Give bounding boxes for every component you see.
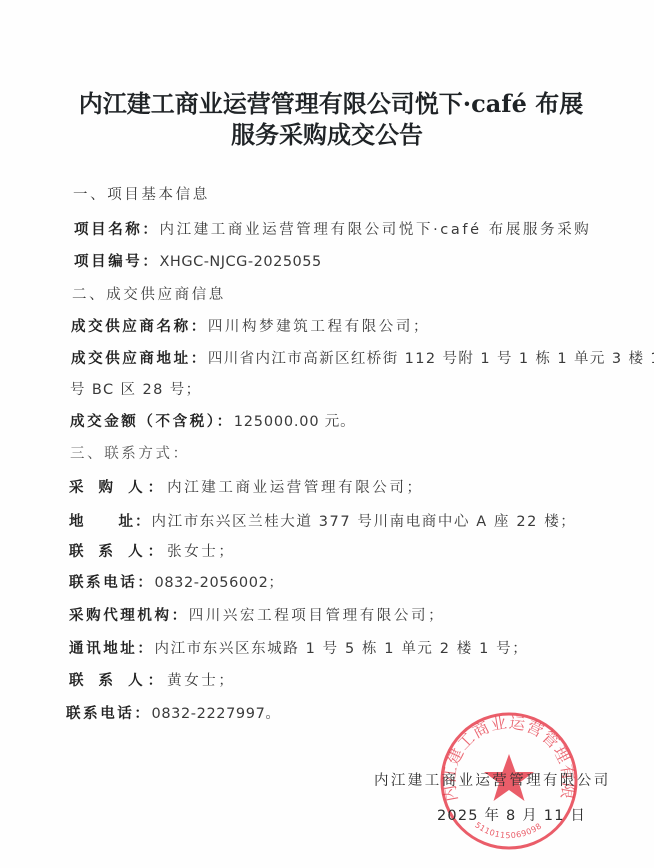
document-title-line1: 内江建工商业运营管理有限公司悦下·café 布展 [4,84,654,119]
supplier-name-value: 四川构梦建筑工程有限公司； [208,319,430,335]
agency-value: 四川兴宏工程项目管理有限公司； [189,608,446,624]
agency-address-value: 内江市东兴区东城路 1 号 5 栋 1 单元 2 楼 1 号； [155,641,529,657]
agency-row: 采购代理机构：四川兴宏工程项目管理有限公司； [69,604,445,625]
agency-label: 采购代理机构： [69,608,189,624]
agency-phone-value: 0832-2227997。 [152,706,281,722]
signature-company: 内江建工商业运营管理有限公司 [374,769,611,790]
contact-row: 联 系 人：张女士； [69,540,236,561]
contact-value: 张女士； [167,544,235,560]
agency-contact-label: 联 系 人： [69,673,167,689]
project-name-value: 内江建工商业运营管理有限公司悦下·café 布展服务采购 [160,222,592,238]
section3-heading: 三、联系方式： [70,442,190,463]
supplier-address-row: 成交供应商地址：四川省内江市高新区红桥街 112 号附 1 号 1 栋 1 单元… [71,347,654,368]
purchaser-address-label: 地 址： [69,514,152,530]
supplier-address-cont-row: 号 BC 区 28 号； [70,378,202,399]
supplier-address-label: 成交供应商地址： [71,351,208,367]
purchaser-address-row: 地 址：内江市东兴区兰桂大道 377 号川南电商中心 A 座 22 楼； [69,510,576,531]
purchaser-label: 采 购 人： [69,480,167,496]
announcement-page: 内江建工商业运营管理有限公司悦下·café 布展 服务采购成交公告 一、项目基本… [0,0,654,868]
document-title-line2: 服务采购成交公告 [0,115,654,150]
supplier-address-value-line2: 号 BC 区 28 号； [70,382,202,398]
agency-phone-label: 联系电话： [66,706,152,722]
amount-row: 成交金额（不含税）：125000.00 元。 [70,410,355,431]
phone-value: 0832-2056002； [155,575,284,591]
section2-heading: 二、成交供应商信息 [72,283,226,304]
contact-label: 联 系 人： [69,544,167,560]
agency-phone-row: 联系电话：0832-2227997。 [66,702,281,723]
supplier-address-value-line1: 四川省内江市高新区红桥街 112 号附 1 号 1 栋 1 单元 3 楼 1 [208,351,654,367]
supplier-name-row: 成交供应商名称：四川构梦建筑工程有限公司； [71,315,430,336]
purchaser-address-value: 内江市东兴区兰桂大道 377 号川南电商中心 A 座 22 楼； [152,514,577,530]
agency-address-row: 通讯地址：内江市东兴区东城路 1 号 5 栋 1 单元 2 楼 1 号； [69,637,528,658]
project-no-row: 项目编号：XHGC-NJCG-2025055 [74,250,322,271]
purchaser-value: 内江建工商业运营管理有限公司； [167,480,424,496]
purchaser-row: 采 购 人：内江建工商业运营管理有限公司； [69,476,424,497]
amount-value: 125000.00 元。 [234,414,356,430]
agency-contact-row: 联 系 人：黄女士； [69,669,236,690]
agency-contact-value: 黄女士； [167,673,235,689]
phone-label: 联系电话： [69,575,155,591]
supplier-name-label: 成交供应商名称： [71,319,208,335]
project-no-value: XHGC-NJCG-2025055 [160,254,322,270]
project-name-row: 项目名称：内江建工商业运营管理有限公司悦下·café 布展服务采购 [74,218,591,239]
phone-row: 联系电话：0832-2056002； [69,571,284,592]
project-name-label: 项目名称： [74,222,160,238]
amount-label: 成交金额（不含税）： [70,414,234,430]
signature-date: 2025 年 8 月 11 日 [437,804,586,825]
project-no-label: 项目编号： [74,254,160,270]
section1-heading: 一、项目基本信息 [73,183,210,204]
agency-address-label: 通讯地址： [69,641,155,657]
